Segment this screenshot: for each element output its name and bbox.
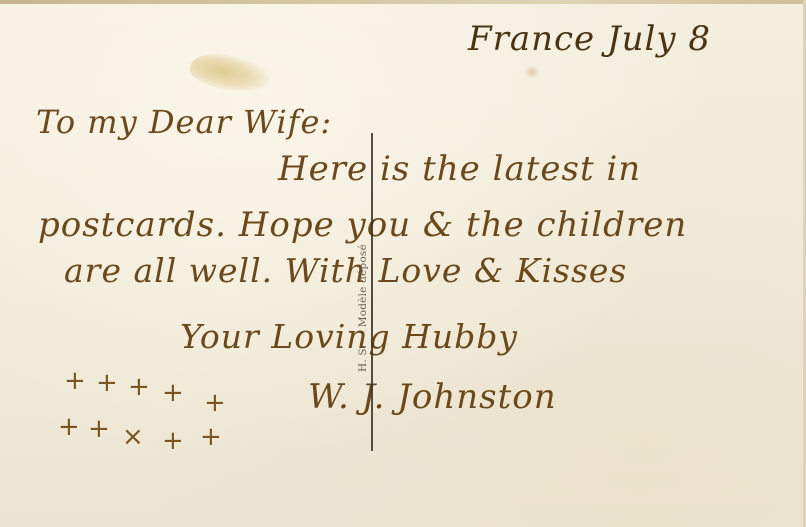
kiss-mark: +: [204, 390, 226, 416]
address-divider-line: [371, 133, 373, 451]
message-line-1: Here is the latest in: [278, 152, 641, 186]
water-stain: [187, 48, 272, 98]
publisher-mark: H. S. — Modèle déposé: [357, 244, 369, 372]
kiss-mark: +: [128, 374, 150, 400]
kiss-mark: +: [162, 428, 184, 454]
kiss-mark: +: [88, 416, 110, 442]
place-date: France July 8: [468, 22, 711, 56]
small-stain: [525, 66, 539, 78]
salutation: To my Dear Wife:: [36, 106, 332, 138]
kiss-mark: +: [162, 380, 184, 406]
kisses: + + + + + + + × + +: [58, 362, 258, 462]
postcard-back: France July 8 To my Dear Wife: Here is t…: [0, 0, 806, 527]
message-line-2: postcards. Hope you & the children: [38, 208, 687, 242]
kiss-mark: +: [58, 414, 80, 440]
closing: Your Loving Hubby: [180, 320, 518, 353]
card-top-edge: [0, 0, 806, 4]
kiss-mark: +: [96, 370, 118, 396]
message-line-3: are all well. With Love & Kisses: [64, 254, 627, 287]
kiss-mark: +: [200, 424, 222, 450]
kiss-mark: +: [64, 368, 86, 394]
kiss-mark: ×: [122, 424, 144, 450]
signature: W. J. Johnston: [308, 380, 557, 414]
